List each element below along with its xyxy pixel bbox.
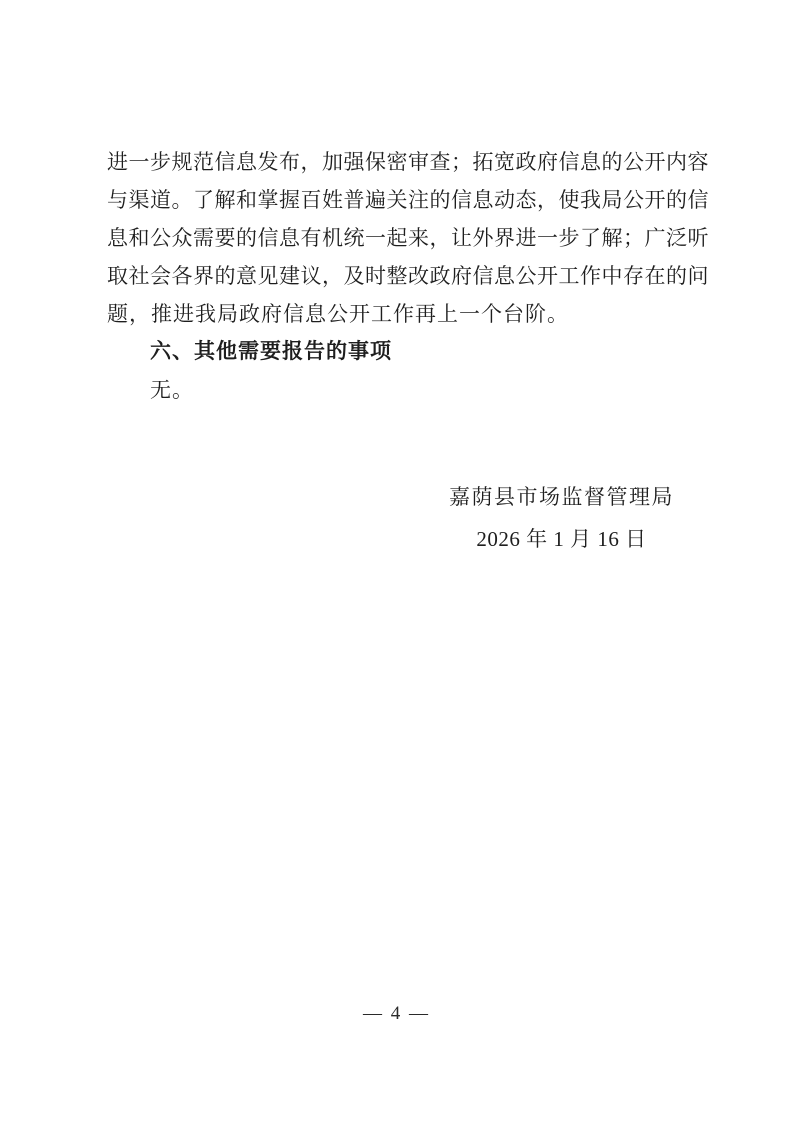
section-body-text: 无。 — [107, 371, 697, 409]
main-text-block: 进一步规范信息发布，加强保密审查；拓宽政府信息的公开内容与渠道。了解和掌握百姓普… — [107, 143, 697, 409]
body-paragraph: 进一步规范信息发布，加强保密审查；拓宽政府信息的公开内容与渠道。了解和掌握百姓普… — [107, 143, 697, 333]
body-text-line: 取社会各界的意见建议，及时整改政府信息公开工作中存在的问 — [107, 257, 697, 295]
body-text-line: 与渠道。了解和掌握百姓普遍关注的信息动态，使我局公开的信 — [107, 181, 697, 219]
body-text-line: 题，推进我局政府信息公开工作再上一个台阶。 — [107, 295, 697, 333]
signoff-date: 2026 年 1 月 16 日 — [449, 518, 674, 560]
page-number-label: — 4 — — [363, 1003, 430, 1024]
section-heading: 六、其他需要报告的事项 — [107, 333, 697, 371]
body-text-line: 息和公众需要的信息有机统一起来，让外界进一步了解；广泛听 — [107, 219, 697, 257]
signoff-block: 嘉荫县市场监督管理局 2026 年 1 月 16 日 — [449, 476, 674, 560]
signoff-organization: 嘉荫县市场监督管理局 — [449, 476, 674, 518]
page-footer: — 4 — — [0, 1003, 793, 1025]
document-page: 进一步规范信息发布，加强保密审查；拓宽政府信息的公开内容与渠道。了解和掌握百姓普… — [0, 0, 793, 1122]
body-text-line: 进一步规范信息发布，加强保密审查；拓宽政府信息的公开内容 — [107, 143, 697, 181]
